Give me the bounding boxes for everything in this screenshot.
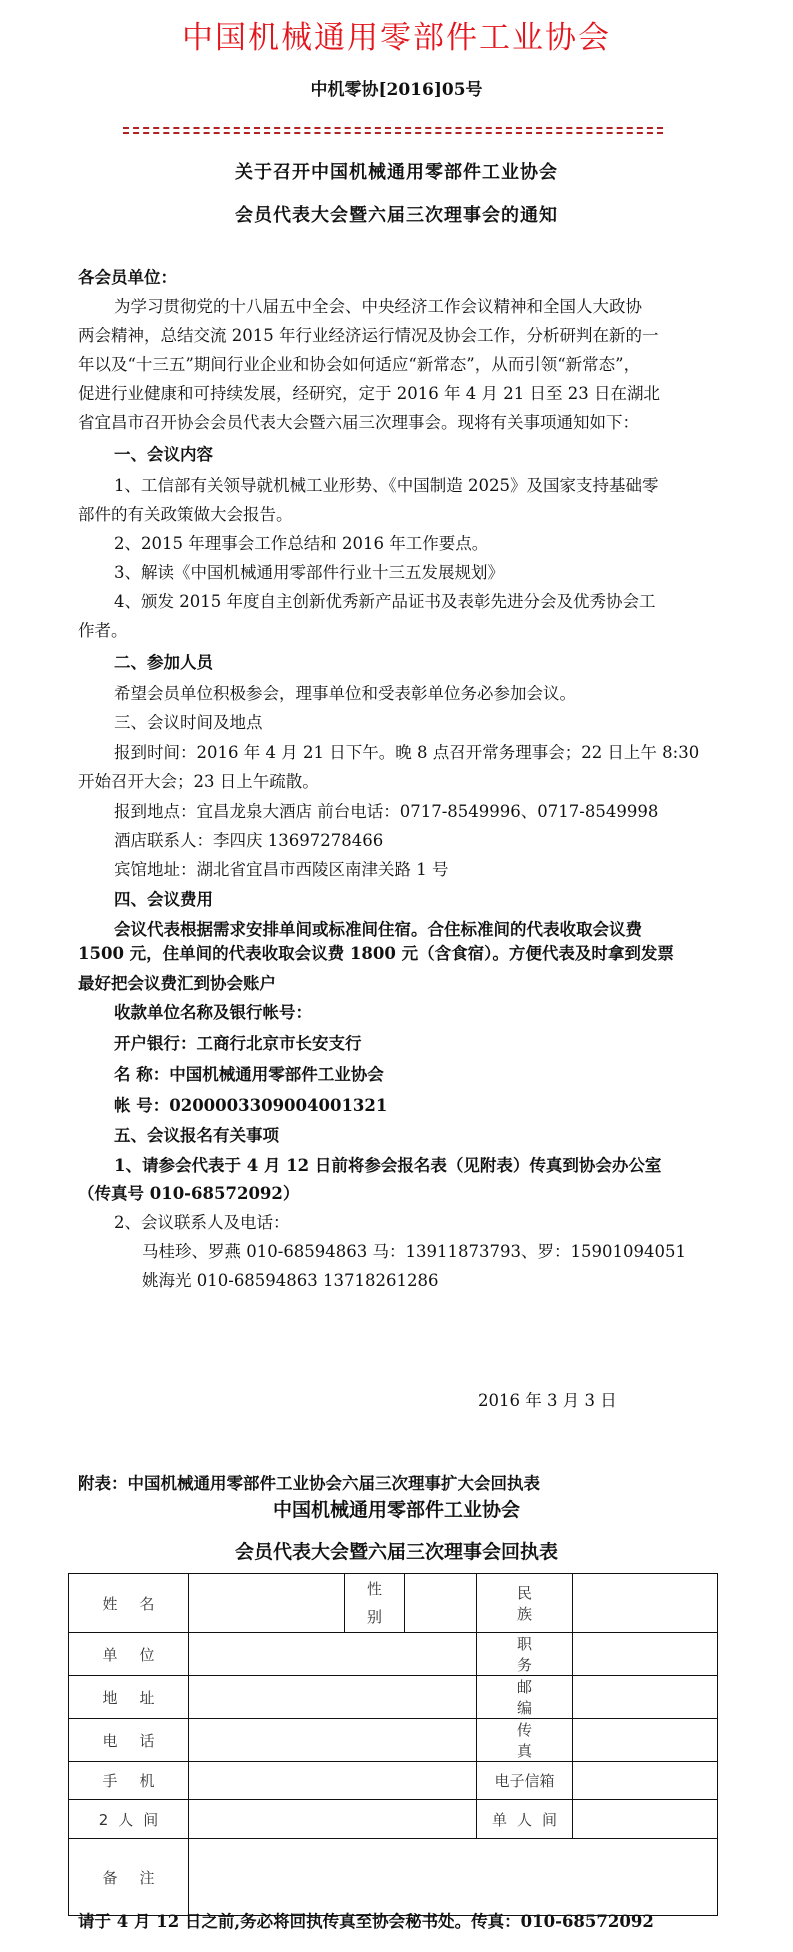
section-2-text: 希望会员单位积极参会，理事单位和受表彰单位务必参加会议。 xyxy=(114,682,576,706)
section-1-item: 1、工信部有关领导就机械工业形势、《中国制造 2025》及国家支持基础零 xyxy=(114,474,658,498)
form-title-org: 中国机械通用零部件工业协会 xyxy=(0,1497,793,1523)
unit-field[interactable] xyxy=(189,1633,477,1676)
document-number: 中机零协[2016]05号 xyxy=(0,78,793,102)
contact-line: 马桂珍、罗燕 010-68594863 马：13911873793、罗：1590… xyxy=(142,1240,686,1264)
section-1-heading: 一、会议内容 xyxy=(114,443,213,467)
position-field[interactable] xyxy=(573,1633,718,1676)
section-4-line: 会议代表根据需求安排单间或标准间住宿。合住标准间的代表收取会议费 xyxy=(114,918,642,942)
separator-line-bottom xyxy=(123,132,663,134)
salutation: 各会员单位： xyxy=(78,266,177,290)
section-1-item: 3、解读《中国机械通用零部件行业十三五发展规划》 xyxy=(114,561,504,585)
gender-label-bottom: 别 xyxy=(345,1603,404,1631)
table-row: 单位 职务 xyxy=(69,1633,718,1676)
phone-label: 电话 xyxy=(69,1719,189,1762)
section-3-heading: 三、会议时间及地点 xyxy=(114,711,263,735)
ethnicity-label: 民族 xyxy=(477,1574,573,1633)
section-2-heading: 二、参加人员 xyxy=(114,651,213,675)
email-field[interactable] xyxy=(573,1762,718,1800)
receipt-form-table: 姓名 性 别 民族 单位 职务 地址 邮编 电话 传真 手机 电子信箱 2人间 … xyxy=(68,1573,718,1916)
section-5-item-1: 1、请参会代表于 4 月 12 日前将参会报名表（见附表）传真到协会办公室 xyxy=(114,1154,661,1178)
intro-line: 为学习贯彻党的十八届五中全会、中央经济工作会议精神和全国人大政协 xyxy=(114,295,642,319)
intro-line: 年以及“十三五”期间行业企业和协会如何适应“新常态”，从而引领“新常态”， xyxy=(78,353,640,377)
section-4-line: 最好把会议费汇到协会账户 xyxy=(78,972,276,996)
table-row: 2人间 单人间 xyxy=(69,1800,718,1839)
position-label: 职务 xyxy=(477,1633,573,1676)
postcode-label: 邮编 xyxy=(477,1676,573,1719)
section-5-heading: 五、会议报名有关事项 xyxy=(114,1124,279,1148)
account-holder-name: 名 称：中国机械通用零部件工业协会 xyxy=(114,1063,384,1087)
form-title-meeting: 会员代表大会暨六届三次理事会回执表 xyxy=(0,1539,793,1565)
address-label: 地址 xyxy=(69,1676,189,1719)
table-row: 电话 传真 xyxy=(69,1719,718,1762)
unit-label: 单位 xyxy=(69,1633,189,1676)
single-room-field[interactable] xyxy=(573,1800,718,1839)
single-room-label: 单人间 xyxy=(477,1800,573,1839)
remarks-label: 备注 xyxy=(69,1839,189,1916)
name-label: 姓名 xyxy=(69,1574,189,1633)
intro-line: 省宜昌市召开协会会员代表大会暨六届三次理事会。现将有关事项通知如下： xyxy=(78,411,639,435)
attachment-label: 附表：中国机械通用零部件工业协会六届三次理事扩大会回执表 xyxy=(78,1472,540,1496)
mobile-field[interactable] xyxy=(189,1762,477,1800)
section-5-item-1-fax: （传真号 010-68572092） xyxy=(78,1182,299,1206)
name-field[interactable] xyxy=(189,1574,345,1633)
double-room-field[interactable] xyxy=(189,1800,477,1839)
section-3-line: 报到时间：2016 年 4 月 21 日下午。晚 8 点召开常务理事会；22 日… xyxy=(114,741,699,765)
phone-field[interactable] xyxy=(189,1719,477,1762)
section-3-line: 开始召开大会；23 日上午疏散。 xyxy=(78,770,319,794)
section-3-line: 宾馆地址：湖北省宜昌市西陵区南津关路 1 号 xyxy=(114,858,449,882)
section-3-line: 酒店联系人：李四庆 13697278466 xyxy=(114,829,383,853)
subject-line-1: 关于召开中国机械通用零部件工业协会 xyxy=(0,160,793,186)
table-row: 姓名 性 别 民族 xyxy=(69,1574,718,1633)
mobile-label: 手机 xyxy=(69,1762,189,1800)
footer-fax-note: 请于 4 月 12 日之前,务必将回执传真至协会秘书处。传真：010-68572… xyxy=(78,1910,654,1934)
account-number: 帐 号：0200003309004001321 xyxy=(114,1094,387,1118)
address-field[interactable] xyxy=(189,1676,477,1719)
organization-title: 中国机械通用零部件工业协会 xyxy=(0,18,793,58)
contact-line: 姚海光 010-68594863 13718261286 xyxy=(142,1269,439,1293)
table-row: 备注 xyxy=(69,1839,718,1916)
red-separator-line xyxy=(123,124,663,136)
gender-field[interactable] xyxy=(405,1574,477,1633)
table-row: 手机 电子信箱 xyxy=(69,1762,718,1800)
subject-line-2: 会员代表大会暨六届三次理事会的通知 xyxy=(0,203,793,229)
fax-label: 传真 xyxy=(477,1719,573,1762)
intro-line: 两会精神，总结交流 2015 年行业经济运行情况及协会工作，分析研判在新的一 xyxy=(78,324,658,348)
remarks-field[interactable] xyxy=(189,1839,718,1916)
separator-line-top xyxy=(123,127,663,129)
email-label: 电子信箱 xyxy=(477,1762,573,1800)
section-4-line: 1500 元，住单间的代表收取会议费 1800 元（含食宿）。方便代表及时拿到发… xyxy=(78,942,674,966)
section-5-item-2: 2、会议联系人及电话： xyxy=(114,1211,290,1235)
postcode-field[interactable] xyxy=(573,1676,718,1719)
gender-label: 性 别 xyxy=(345,1574,405,1633)
double-room-label: 2人间 xyxy=(69,1800,189,1839)
section-1-item: 部件的有关政策做大会报告。 xyxy=(78,503,293,527)
document-date: 2016 年 3 月 3 日 xyxy=(478,1389,617,1413)
section-1-item: 4、颁发 2015 年度自主创新优秀新产品证书及表彰先进分会及优秀协会工 xyxy=(114,590,655,614)
table-row: 地址 邮编 xyxy=(69,1676,718,1719)
intro-line: 促进行业健康和可持续发展，经研究，定于 2016 年 4 月 21 日至 23 … xyxy=(78,382,660,406)
bank-name: 开户银行：工商行北京市长安支行 xyxy=(114,1032,362,1056)
section-1-item: 2、2015 年理事会工作总结和 2016 年工作要点。 xyxy=(114,532,488,556)
fax-field[interactable] xyxy=(573,1719,718,1762)
gender-label-top: 性 xyxy=(345,1575,404,1603)
ethnicity-field[interactable] xyxy=(573,1574,718,1633)
section-1-item: 作者。 xyxy=(78,619,128,643)
bank-intro: 收款单位名称及银行帐号： xyxy=(114,1001,312,1025)
section-4-heading: 四、会议费用 xyxy=(114,888,213,912)
section-3-line: 报到地点：宜昌龙泉大酒店 前台电话：0717-8549996、0717-8549… xyxy=(114,800,658,824)
